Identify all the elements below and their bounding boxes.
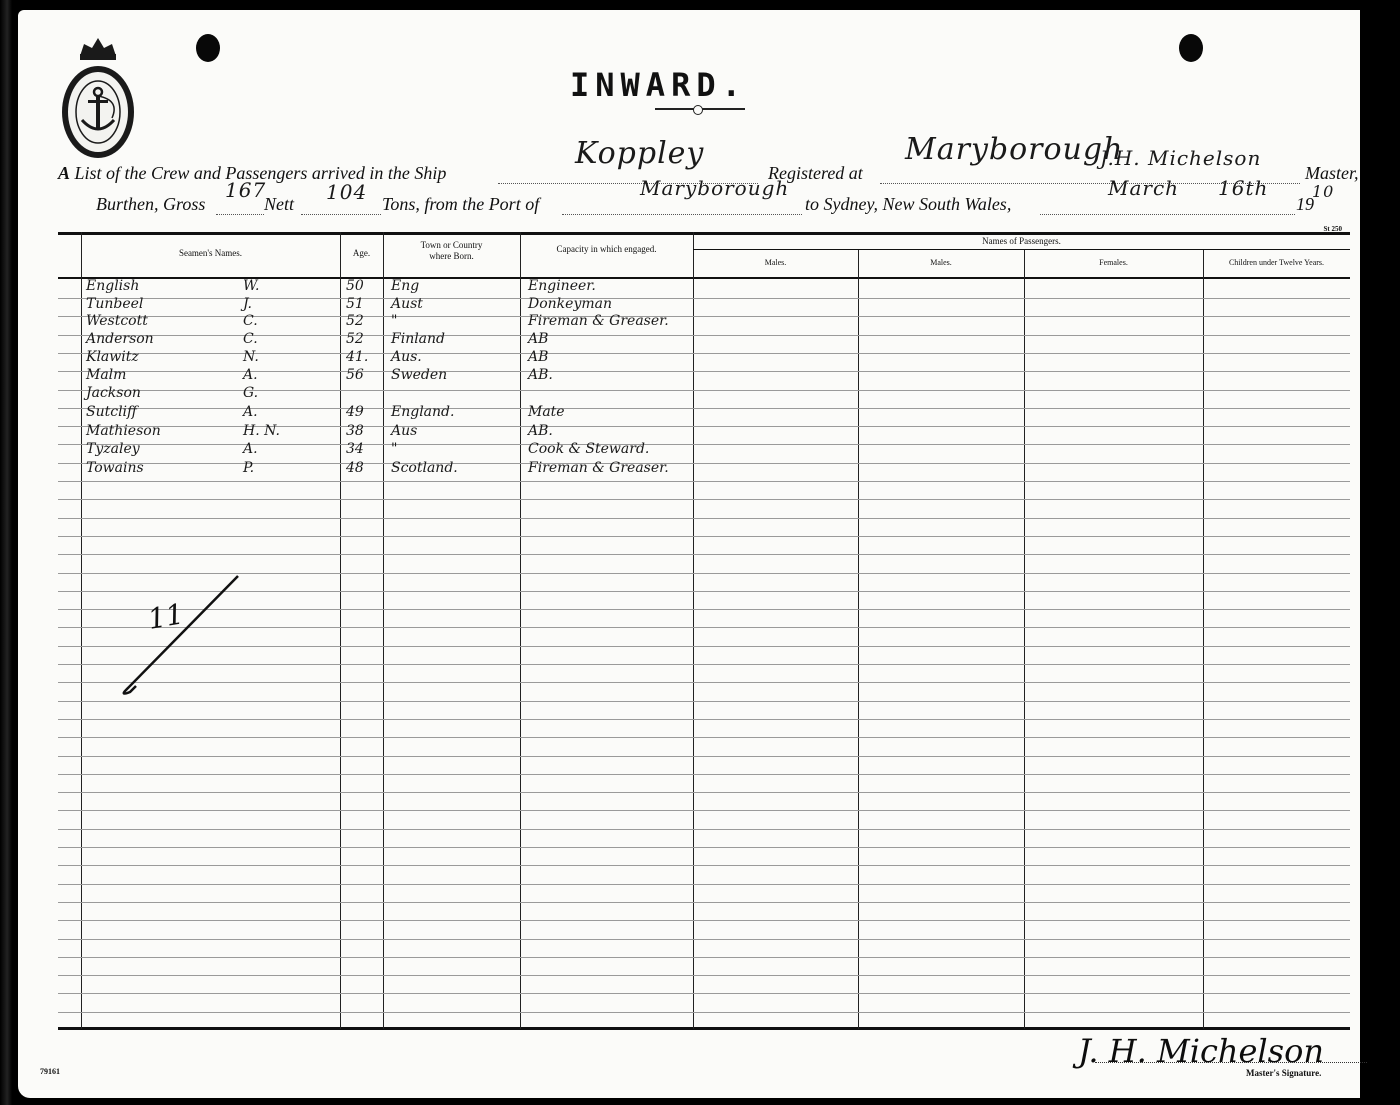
crew-initial-cell: H. N. (243, 423, 280, 439)
crew-initial-cell: A. (243, 404, 258, 420)
date-month-value: March (1108, 176, 1179, 200)
crew-initial-cell: G. (243, 385, 258, 401)
ruled-line (58, 682, 1350, 683)
crew-born-cell: England. (391, 404, 454, 420)
crew-age-cell: 38 (346, 423, 364, 439)
ruled-line (58, 920, 1350, 921)
crew-capacity-cell: Fireman & Greaser. (528, 460, 669, 476)
strike-through-mark (118, 570, 248, 700)
crew-born-cell: Eng (391, 278, 419, 294)
ship-name-value: Koppley (575, 136, 704, 171)
col-divider-females (1024, 250, 1025, 1029)
crew-capacity-cell: Fireman & Greaser. (528, 313, 669, 329)
master-name-value: J.H. Michelson (1100, 146, 1261, 170)
ruled-line (58, 664, 1350, 665)
ruled-line (58, 810, 1350, 811)
crew-age-cell: 49 (346, 404, 364, 420)
ruled-line (58, 939, 1350, 940)
col-divider-age (340, 232, 341, 1029)
crew-born-cell: " (391, 441, 397, 457)
ruled-line (58, 591, 1350, 592)
header-capacity: Capacity in which engaged. (520, 244, 693, 255)
crew-capacity-cell: AB. (528, 423, 553, 439)
col-divider-margin (81, 232, 82, 1029)
master-label: Master, (1305, 163, 1359, 184)
header-age: Age. (340, 248, 383, 259)
crew-capacity-cell: Donkeyman (528, 296, 612, 312)
crew-initial-cell: A. (243, 441, 258, 457)
crew-age-cell: 34 (346, 441, 364, 457)
ruled-line (58, 847, 1350, 848)
destination-label: to Sydney, New South Wales, (805, 194, 1011, 215)
title-ornament (655, 108, 745, 110)
master-signature: J. H. Michelson (1078, 1032, 1324, 1070)
crew-capacity-cell: Engineer. (528, 278, 596, 294)
ruled-line (58, 957, 1350, 958)
nett-label: Nett (264, 194, 294, 215)
burthen-gross-label: Burthen, Gross (96, 194, 205, 215)
page-edge-left (0, 0, 12, 1105)
crew-surname-cell: Mathieson (86, 423, 161, 439)
ruled-line (58, 1012, 1350, 1013)
crew-surname-cell: Tunbeel (86, 296, 143, 312)
ruled-line (58, 865, 1350, 866)
ruled-line (58, 737, 1350, 738)
document-title: INWARD. (570, 66, 747, 104)
crew-born-cell: Sweden (391, 367, 447, 383)
crew-capacity-cell: AB (528, 349, 548, 365)
crew-initial-cell: A. (243, 367, 258, 383)
ruled-line (58, 627, 1350, 628)
header-males-1: Males. (693, 257, 858, 268)
crew-born-cell: " (391, 313, 397, 329)
crew-age-cell: 48 (346, 460, 364, 476)
table-top-border (58, 232, 1350, 235)
crew-initial-cell: W. (243, 278, 259, 294)
crew-surname-cell: Westcott (86, 313, 148, 329)
shipping-master-seal-icon (58, 34, 138, 158)
header-females: Females. (1024, 257, 1203, 268)
crew-age-cell: 56 (346, 367, 364, 383)
header-children: Children under Twelve Years. (1203, 257, 1350, 268)
ruled-line (58, 902, 1350, 903)
col-divider-children (1203, 250, 1204, 1029)
crew-initial-cell: C. (243, 331, 258, 347)
ruled-line (58, 646, 1350, 647)
crew-born-cell: Aust (391, 296, 423, 312)
ruled-line (58, 975, 1350, 976)
ruled-line (58, 536, 1350, 537)
punch-hole-left (196, 34, 220, 62)
crew-born-cell: Aus (391, 423, 417, 439)
crew-capacity-cell: Cook & Steward. (528, 441, 649, 457)
crew-capacity-cell: AB. (528, 367, 553, 383)
crew-born-cell: Aus. (391, 349, 422, 365)
crew-initial-cell: C. (243, 313, 258, 329)
passengers-subheader-rule (693, 249, 1350, 250)
crew-initial-cell: P. (243, 460, 254, 476)
date-day-value: 16th (1218, 176, 1268, 200)
signature-label: Master's Signature. (1246, 1068, 1321, 1078)
header-passengers: Names of Passengers. (693, 236, 1350, 247)
crew-surname-cell: English (86, 278, 139, 294)
ruled-line (58, 481, 1350, 482)
crew-surname-cell: Anderson (86, 331, 154, 347)
crew-age-cell: 52 (346, 331, 364, 347)
ruled-line (58, 829, 1350, 830)
col-divider-males2 (858, 250, 859, 1029)
crew-surname-cell: Towains (86, 460, 144, 476)
ruled-line (58, 701, 1350, 702)
crew-surname-cell: Jackson (86, 385, 141, 401)
year-suffix-value: 10 (1312, 182, 1334, 201)
ruled-line (58, 499, 1350, 500)
form-number: 79161 (40, 1067, 60, 1076)
ruled-line (58, 609, 1350, 610)
crew-table: Seamen's Names. Age. Town or Country whe… (58, 232, 1350, 1029)
ruled-line (58, 774, 1350, 775)
header-seamen-names: Seamen's Names. (81, 248, 340, 259)
crew-age-cell: 52 (346, 313, 364, 329)
gross-tons-value: 167 (225, 178, 266, 202)
header-born-line2: where Born. (383, 251, 520, 262)
header-born-line1: Town or Country (383, 240, 520, 251)
crew-age-cell: 51 (346, 296, 364, 312)
crew-surname-cell: Sutcliff (86, 404, 137, 420)
crew-surname-cell: Tyzaley (86, 441, 140, 457)
crew-age-cell: 41. (346, 349, 368, 365)
ruled-line (58, 554, 1350, 555)
crew-capacity-cell: AB (528, 331, 548, 347)
ruled-line (58, 993, 1350, 994)
col-divider-born (383, 232, 384, 1029)
signature-line (1095, 1062, 1367, 1063)
line1-initial: A (58, 163, 70, 183)
registered-at-value: Maryborough (905, 132, 1123, 167)
crew-initial-cell: N. (243, 349, 259, 365)
table-bottom-border (58, 1027, 1350, 1030)
ruled-line (58, 719, 1350, 720)
col-divider-passengers (693, 232, 694, 1029)
crew-surname-cell: Malm (86, 367, 126, 383)
crew-surname-cell: Klawitz (86, 349, 139, 365)
nett-tons-value: 104 (326, 180, 367, 204)
crew-born-cell: Finland (391, 331, 445, 347)
ruled-line (58, 573, 1350, 574)
col-divider-capacity (520, 232, 521, 1029)
crew-initial-cell: J. (243, 296, 252, 312)
ruled-line (58, 518, 1350, 519)
ruled-line (58, 756, 1350, 757)
crew-born-cell: Scotland. (391, 460, 458, 476)
ruled-line (58, 884, 1350, 885)
crew-capacity-cell: Mate (528, 404, 565, 420)
crew-age-cell: 50 (346, 278, 364, 294)
page-edge-right (1360, 0, 1400, 1105)
from-port-value: Maryborough (640, 176, 789, 200)
tally-mark: 11 (145, 597, 186, 636)
ruled-line (58, 792, 1350, 793)
from-port-label: Tons, from the Port of (382, 194, 539, 215)
punch-hole-right (1179, 34, 1203, 62)
header-males-2: Males. (858, 257, 1024, 268)
